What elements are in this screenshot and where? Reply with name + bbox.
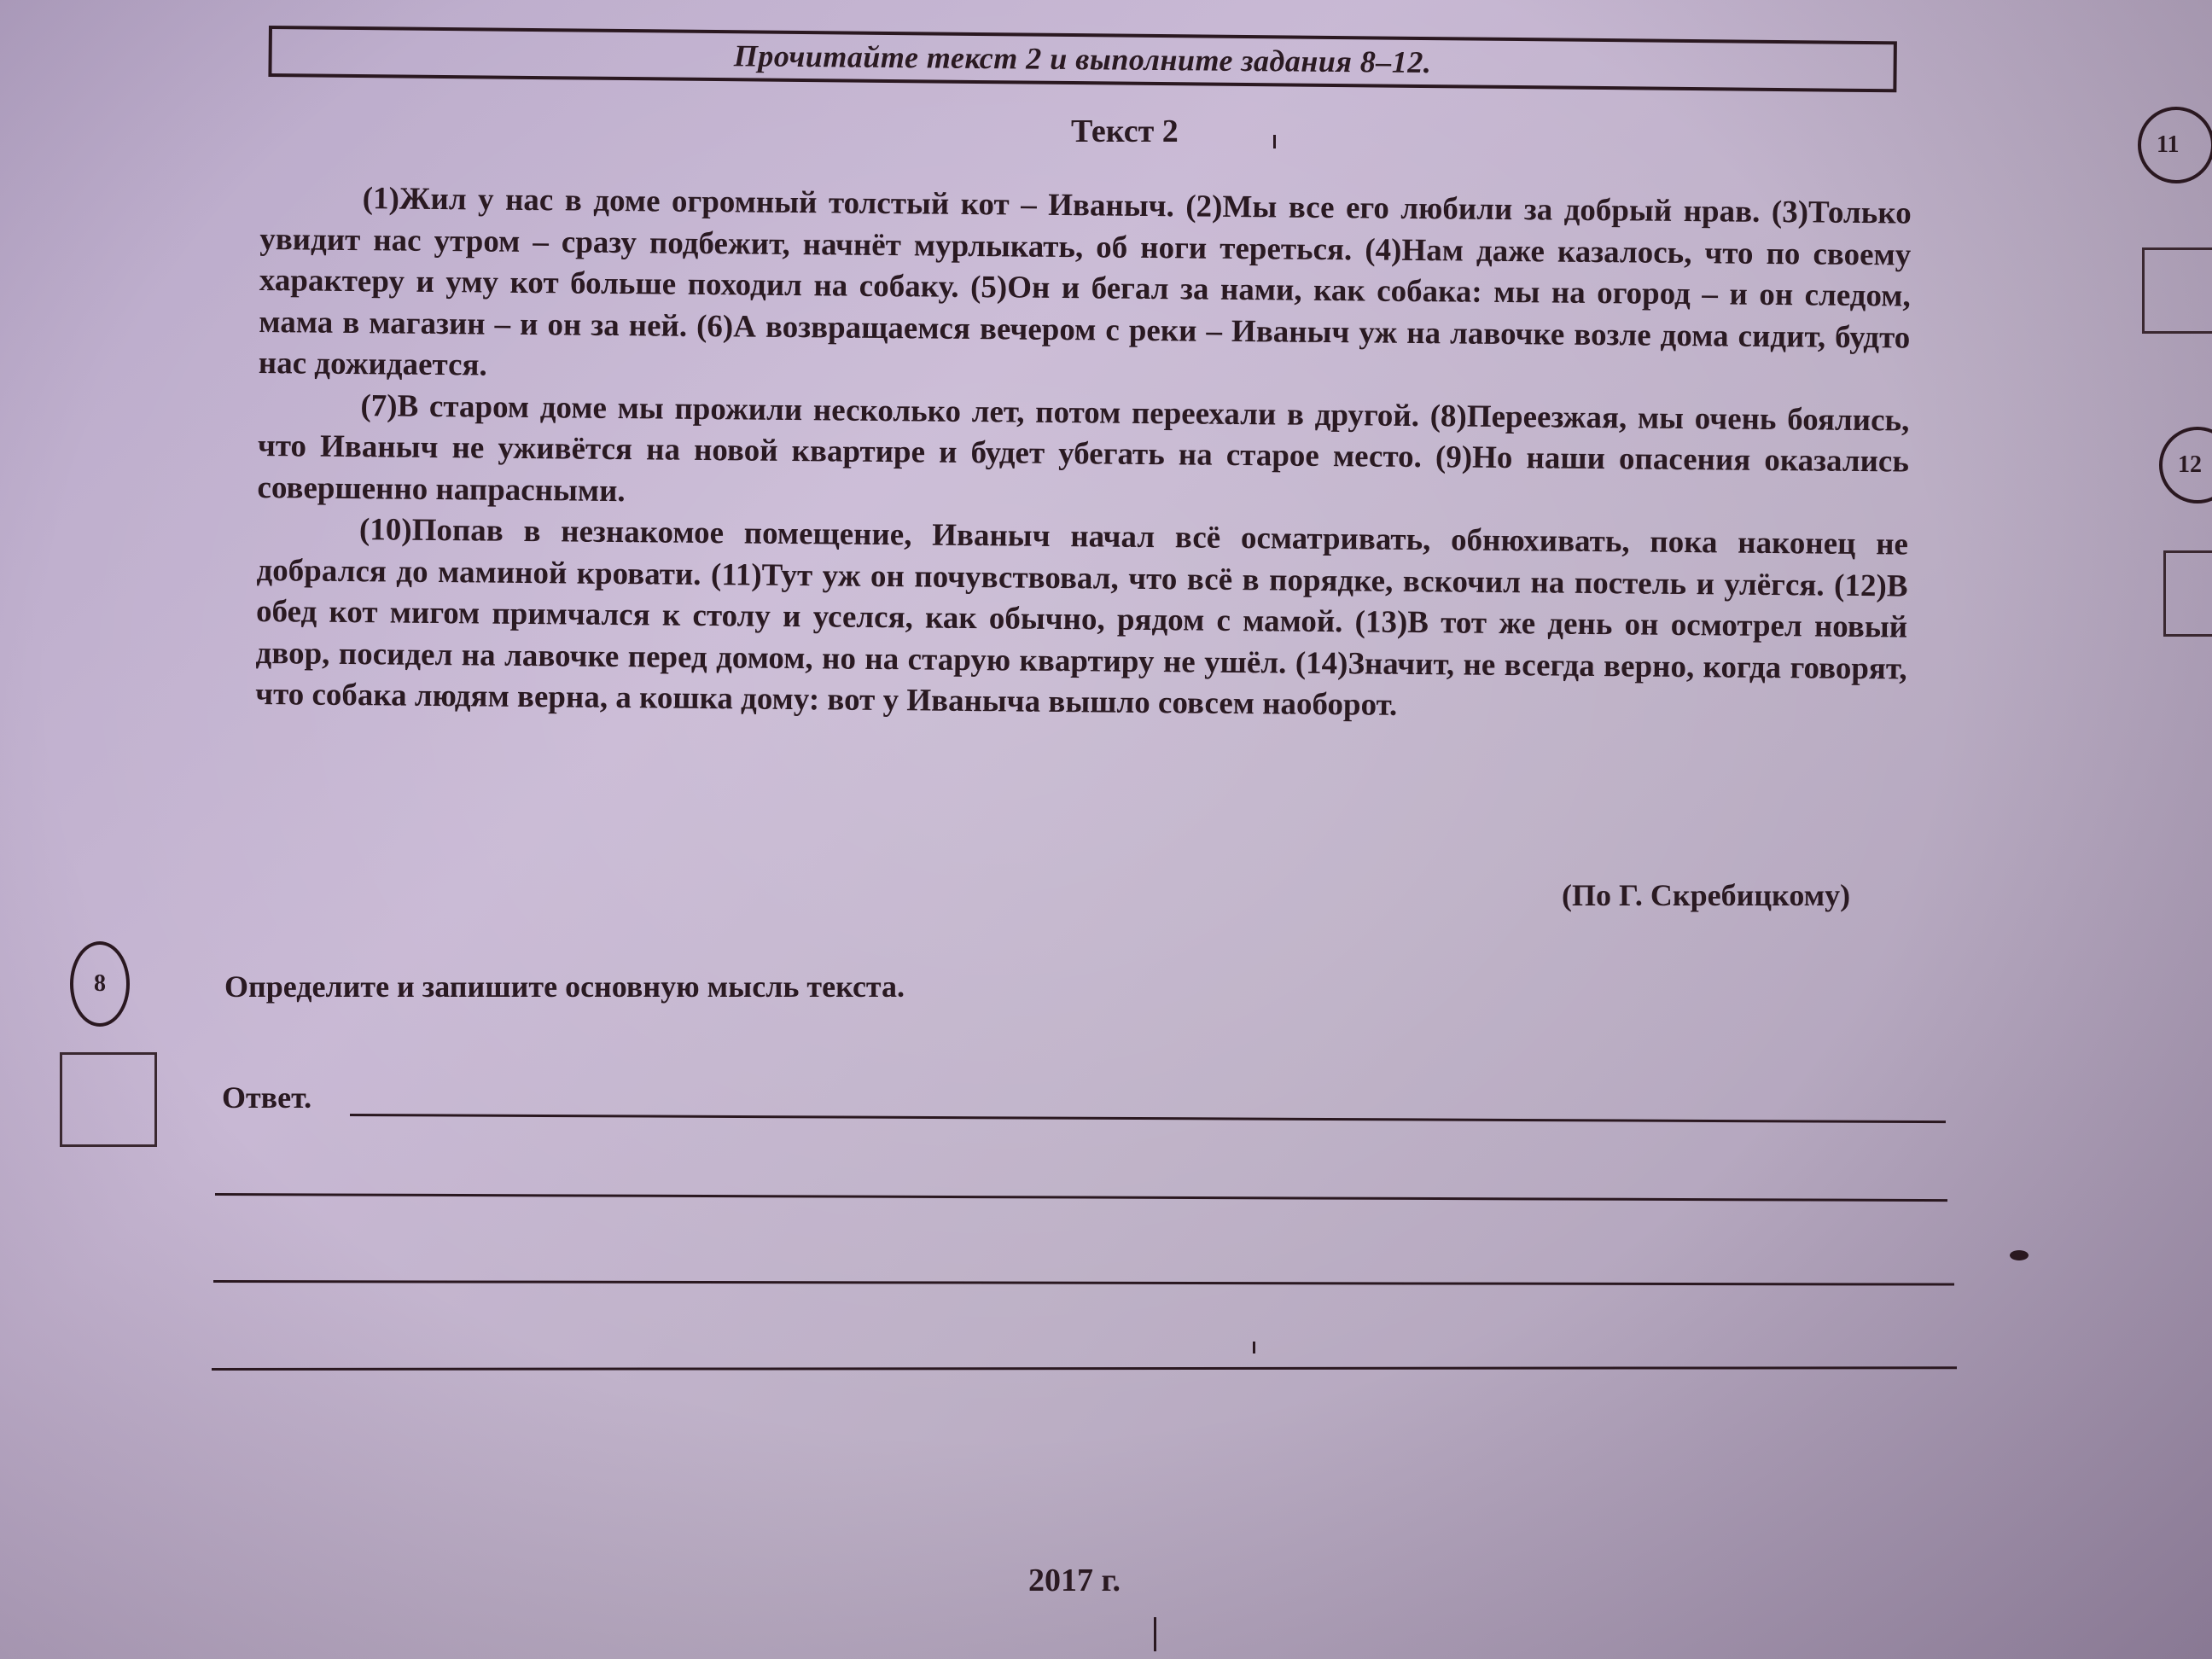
margin-question-circle: 11 — [2138, 107, 2212, 183]
pen-mark — [1253, 1342, 1255, 1353]
answer-line[interactable] — [215, 1193, 1947, 1202]
score-box — [60, 1052, 157, 1147]
margin-question-number: 11 — [2157, 131, 2179, 159]
answer-line[interactable] — [350, 1114, 1946, 1123]
footer-year: 2017 г. — [1028, 1562, 1121, 1599]
margin-question-circle: 12 — [2159, 427, 2212, 504]
pen-mark — [1154, 1617, 1156, 1651]
paragraph: (1)Жил у нас в доме огромный толстый кот… — [259, 178, 1912, 400]
answer-label: Ответ. — [222, 1080, 311, 1115]
author-attribution: (По Г. Скребицкому) — [1562, 877, 1850, 913]
pen-mark — [1273, 135, 1276, 148]
question-number: 8 — [94, 970, 106, 998]
margin-question-number: 12 — [2178, 451, 2202, 479]
answer-line[interactable] — [213, 1280, 1954, 1286]
question-prompt: Определите и запишите основную мысль тек… — [224, 969, 905, 1004]
margin-score-box — [2163, 550, 2212, 637]
paragraph: (10)Попав в незнакомое помещение, Иваныч… — [255, 509, 1908, 731]
text-title: Текст 2 — [1071, 113, 1179, 150]
passage: (1)Жил у нас в доме огромный толстый кот… — [255, 178, 1912, 731]
ink-dot — [2010, 1250, 2029, 1260]
instruction-text: Прочитайте текст 2 и выполните задания 8… — [734, 38, 1432, 80]
margin-score-box — [2142, 247, 2212, 334]
instruction-box: Прочитайте текст 2 и выполните задания 8… — [268, 26, 1896, 92]
question-number-circle: 8 — [70, 941, 130, 1027]
paragraph: (7)В старом доме мы прожили несколько ле… — [257, 384, 1909, 524]
answer-line[interactable] — [212, 1366, 1957, 1371]
